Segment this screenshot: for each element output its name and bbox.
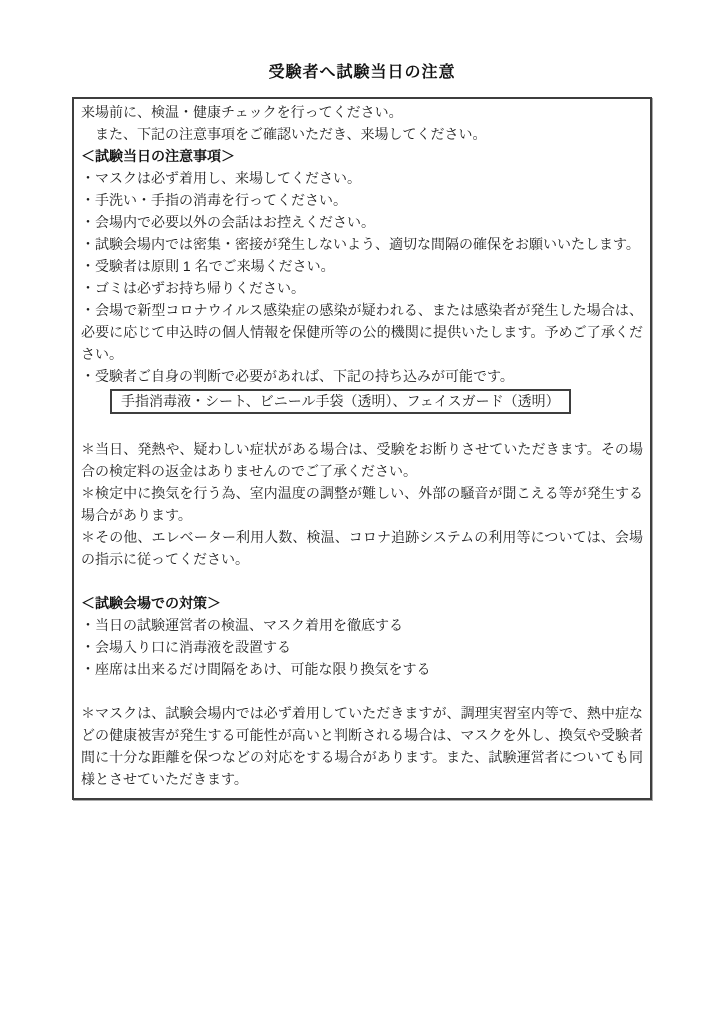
bullet-item: ・会場内で必要以外の会話はお控えください。 bbox=[81, 211, 643, 233]
intro-line: また、下記の注意事項をご確認いただき、来場してください。 bbox=[81, 123, 643, 145]
bullet-item: ・会場入り口に消毒液を設置する bbox=[81, 636, 643, 658]
bullet-item: ・マスクは必ず着用し、来場してください。 bbox=[81, 167, 643, 189]
section-heading-venue-measures: ＜試験会場での対策＞ bbox=[81, 592, 643, 614]
bullet-item: ・当日の試験運営者の検温、マスク着用を徹底する bbox=[81, 614, 643, 636]
notice-box: 来場前に、検温・健康チェックを行ってください。 また、下記の注意事項をご確認いた… bbox=[72, 97, 652, 800]
bullet-item: ・会場で新型コロナウイルス感染症の感染が疑われる、または感染者が発生した場合は、… bbox=[81, 299, 643, 365]
allowed-items-box: 手指消毒液・シート、ビニール手袋（透明）、フェイスガード（透明） bbox=[110, 389, 571, 414]
bullet-item: ・ゴミは必ずお持ち帰りください。 bbox=[81, 277, 643, 299]
note-item: ＊検定中に換気を行う為、室内温度の調整が難しい、外部の騒音が聞こえる等が発生する… bbox=[81, 482, 643, 526]
spacer bbox=[81, 416, 643, 438]
bullet-item: ・座席は出来るだけ間隔をあけ、可能な限り換気をする bbox=[81, 658, 643, 680]
intro-line: 来場前に、検温・健康チェックを行ってください。 bbox=[81, 101, 643, 123]
bullet-item: ・試験会場内では密集・密接が発生しないよう、適切な間隔の確保をお願いいたします。 bbox=[81, 233, 643, 255]
spacer bbox=[81, 570, 643, 592]
document-page: 受験者へ試験当日の注意 来場前に、検温・健康チェックを行ってください。 また、下… bbox=[0, 0, 724, 1024]
note-item: ＊その他、エレベーター利用人数、検温、コロナ追跡システムの利用等については、会場… bbox=[81, 526, 643, 570]
bullet-item: ・受験者は原則 1 名でご来場ください。 bbox=[81, 255, 643, 277]
bullet-item: ・受験者ご自身の判断で必要があれば、下記の持ち込みが可能です。 bbox=[81, 365, 643, 387]
note-item: ＊当日、発熱や、疑わしい症状がある場合は、受験をお断りさせていただきます。その場… bbox=[81, 438, 643, 482]
section-heading-exam-day: ＜試験当日の注意事項＞ bbox=[81, 145, 643, 167]
bullet-item: ・手洗い・手指の消毒を行ってください。 bbox=[81, 189, 643, 211]
note-item: ＊マスクは、試験会場内では必ず着用していただきますが、調理実習室内等で、熱中症な… bbox=[81, 702, 643, 790]
spacer bbox=[81, 680, 643, 702]
allowed-items-row: 手指消毒液・シート、ビニール手袋（透明）、フェイスガード（透明） bbox=[110, 389, 643, 414]
page-title: 受験者へ試験当日の注意 bbox=[0, 0, 724, 84]
